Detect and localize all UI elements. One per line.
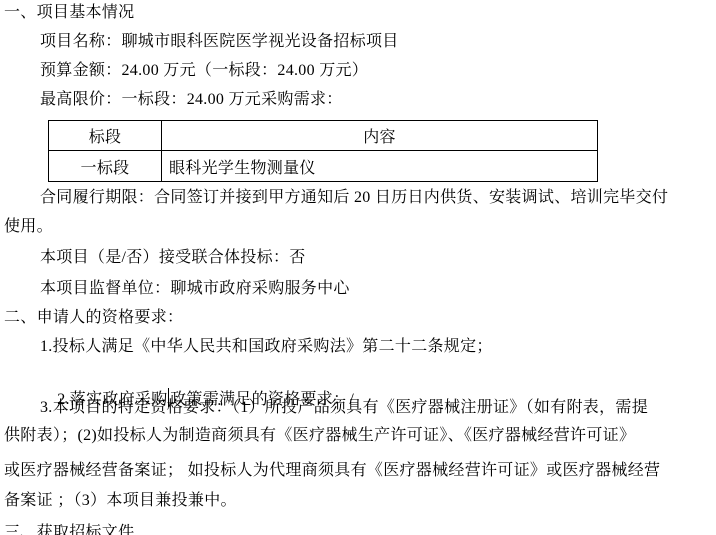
section-heading-2: 二、申请人的资格要求：: [4, 308, 183, 328]
requirement-3-line-cont-2: 或医疗器械经营备案证； 如投标人为代理商须具有《医疗器械经营许可证》或医疗器械经…: [4, 461, 660, 481]
table-row: 一标段 眼科光学生物测量仪: [49, 151, 598, 182]
cell-bid-section: 一标段: [49, 151, 162, 182]
table-header-bid-section: 标段: [49, 121, 162, 151]
table-header-content: 内容: [162, 121, 598, 151]
bid-sections-table: 标段 内容 一标段 眼科光学生物测量仪: [48, 120, 598, 182]
requirement-3-line-cont-1: 供附表）；(2)如投标人为制造商须具有《医疗器械生产许可证》、《医疗器械经营许可…: [4, 426, 635, 446]
budget-amount-line: 预算金额：24.00 万元（一标段：24.00 万元）: [40, 61, 368, 81]
document-page[interactable]: 一、项目基本情况 项目名称：聊城市眼科医院医学视光设备招标项目 预算金额：24.…: [0, 0, 716, 535]
section-heading-1: 一、项目基本情况: [4, 3, 134, 23]
table-header-row: 标段 内容: [49, 121, 598, 151]
contract-period-line-cont: 使用。: [4, 217, 53, 237]
project-name-line: 项目名称：聊城市眼科医院医学视光设备招标项目: [40, 32, 399, 52]
section-heading-3: 三、获取招标文件: [4, 523, 134, 535]
max-price-line: 最高限价：一标段：24.00 万元采购需求：: [40, 90, 343, 110]
requirement-1-line: 1.投标人满足《中华人民共和国政府采购法》第二十二条规定；: [40, 337, 493, 357]
requirement-3-line: 3.本项目的特定资格要求：（1）所投产品须具有《医疗器械注册证》（如有附表，需提: [40, 398, 648, 418]
supervision-unit-line: 本项目监督单位：聊城市政府采购服务中心: [40, 279, 350, 299]
cell-content: 眼科光学生物测量仪: [162, 151, 598, 182]
consortium-bid-line: 本项目（是/否）接受联合体投标：否: [40, 248, 306, 268]
contract-period-line: 合同履行期限：合同签订并接到甲方通知后 20 日历日内供货、安装调试、培训完毕交…: [40, 188, 668, 208]
requirement-3-line-cont-3: 备案证 ；（3）本项目兼投兼中。: [4, 491, 237, 511]
